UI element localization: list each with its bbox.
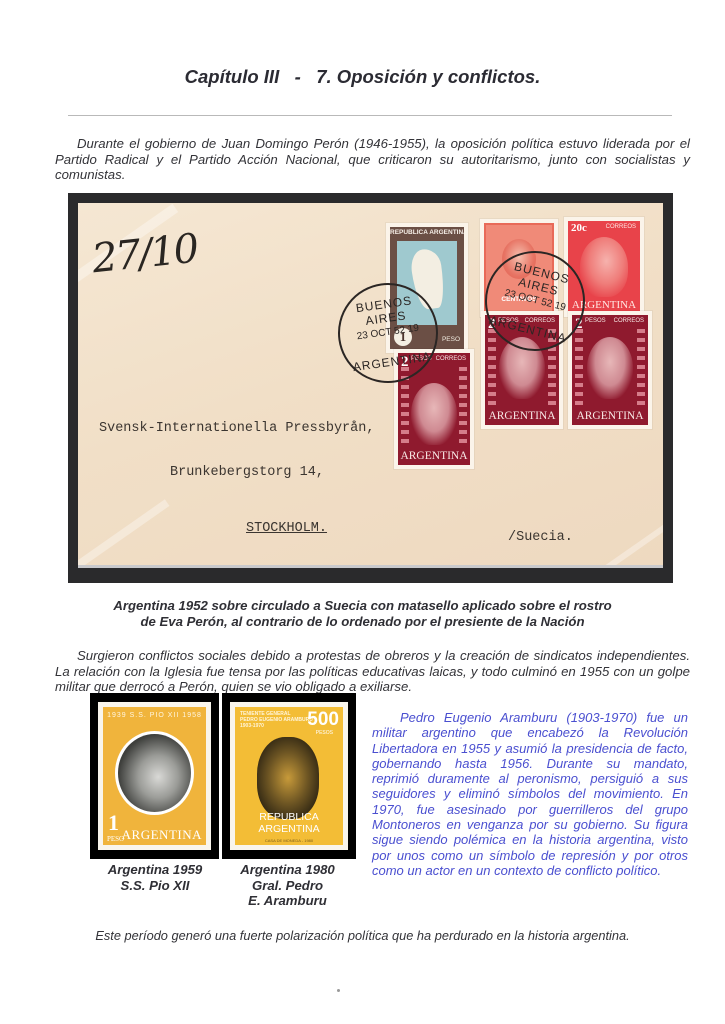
eva-peron-portrait-icon: [411, 383, 457, 445]
cover-envelope: 27/10 REPUBLICA ARGENTINA 1 PESO CENTAVO…: [78, 203, 663, 568]
page-speck: [337, 989, 340, 992]
chapter-label: Capítulo III: [185, 66, 280, 87]
cover-caption: Argentina 1952 sobre circulado a Suecia …: [0, 598, 725, 630]
stamp-eva-2-pesos: 2 PESOS CORREOS ARGENTINA: [568, 311, 652, 429]
address-line-city: STOCKHOLM.: [246, 521, 327, 536]
eva-peron-portrait-icon: [587, 337, 633, 399]
address-line-recipient: Svensk-Internationella Pressbyrån,: [99, 421, 374, 436]
title-divider: [68, 115, 672, 116]
stamp-pio-xii: 1939 S.S. PIO XII 1958 1 PESO ARGENTINA: [90, 693, 219, 859]
aramburu-biography: Pedro Eugenio Aramburu (1903-1970) fue u…: [372, 710, 688, 878]
intro-paragraph: Durante el gobierno de Juan Domingo Peró…: [55, 136, 690, 183]
closing-paragraph: Este período generó una fuerte polarizac…: [0, 928, 725, 944]
stamp-aramburu: TENIENTE GENERALPEDRO EUGENIO ARAMBURU19…: [222, 693, 356, 859]
pope-portrait-icon: [118, 734, 191, 812]
aramburu-portrait-icon: [257, 737, 319, 819]
address-line-street: Brunkebergstorg 14,: [170, 465, 324, 480]
section-title: 7. Oposición y conflictos.: [316, 66, 540, 87]
stamp-caption-aramburu: Argentina 1980 Gral. Pedro E. Aramburu: [205, 862, 370, 909]
handwritten-note: 27/10: [90, 226, 200, 283]
conflicts-paragraph: Surgieron conflictos sociales debido a p…: [55, 648, 690, 695]
cover-mount: 27/10 REPUBLICA ARGENTINA 1 PESO CENTAVO…: [68, 193, 673, 583]
address-line-country: /Suecia.: [508, 530, 573, 545]
page-title: Capítulo III - 7. Oposición y conflictos…: [0, 66, 725, 88]
